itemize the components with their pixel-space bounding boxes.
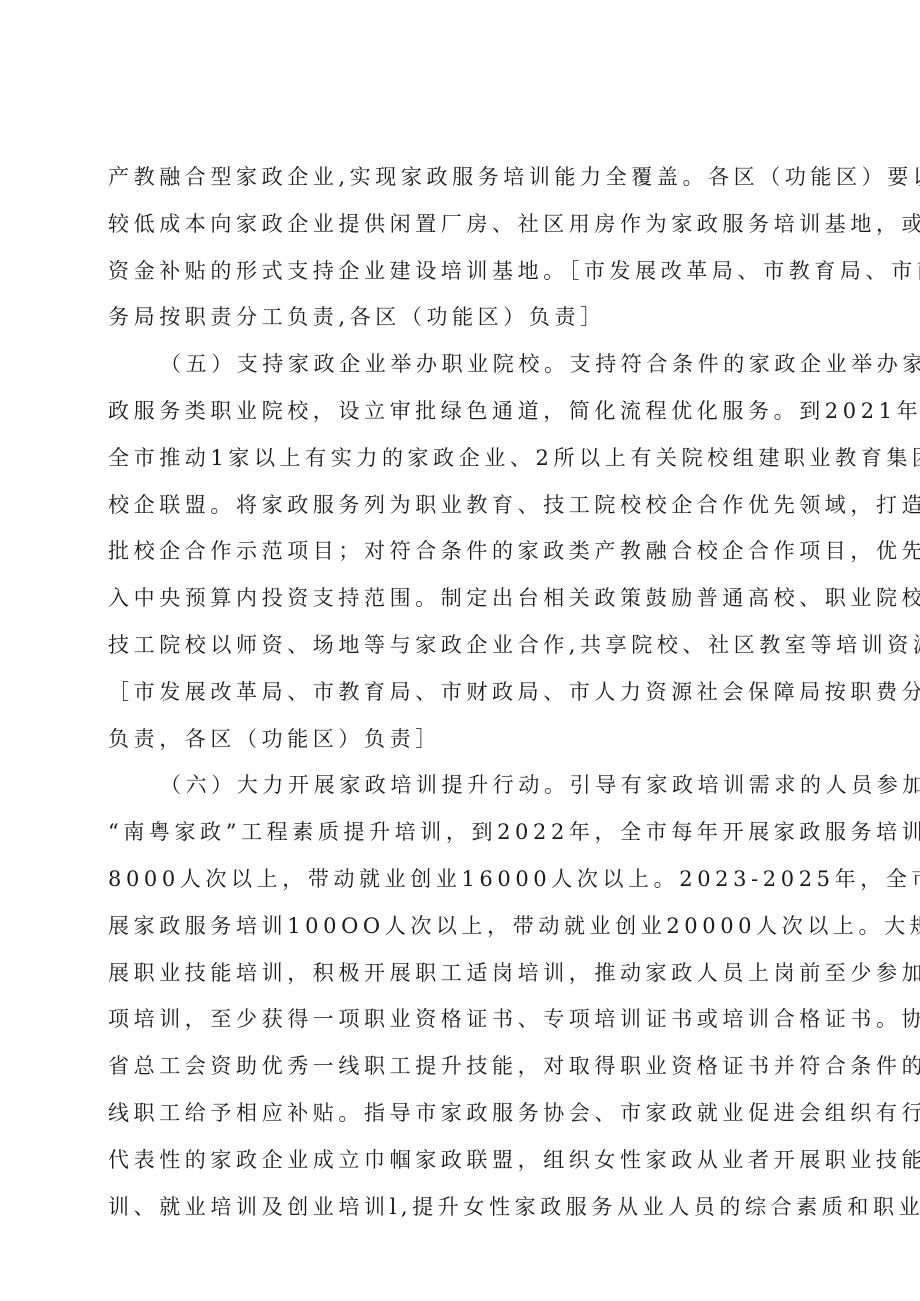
section-five-heading-line: （五）支持家政企业举办职业院校。支持符合条件的家政企业举办家 (108, 341, 820, 388)
paragraph-line: “南粤家政”工程素质提升培训，到2022年，全市每年开展家政服务培训 (108, 809, 820, 856)
paragraph-line: 产教融合型家政企业,实现家政服务培训能力全覆盖。各区（功能区）要以 (108, 154, 820, 201)
paragraph-line: 省总工会资助优秀一线职工提升技能，对取得职业资格证书并符合条件的一 (108, 1043, 820, 1090)
paragraph-line: 展家政服务培训100OO人次以上，带动就业创业20000人次以上。大规模开 (108, 903, 820, 950)
paragraph-line: 校企联盟。将家政服务列为职业教育、技工院校校企合作优先领域，打造一 (108, 482, 820, 529)
paragraph-line: 批校企合作示范项目；对符合条件的家政类产教融合校企合作项目，优先纳 (108, 528, 820, 575)
paragraph-line: 全市推动1家以上有实力的家政企业、2所以上有关院校组建职业教育集团或 (108, 435, 820, 482)
section-six-heading-line: （六）大力开展家政培训提升行动。引导有家政培训需求的人员参加 (108, 762, 820, 809)
paragraph-line: 负责，各区（功能区）负责］ (108, 716, 820, 763)
paragraph-line: 代表性的家政企业成立巾帼家政联盟，组织女性家政从业者开展职业技能培 (108, 1137, 820, 1184)
paragraph-line: 资金补贴的形式支持企业建设培训基地。［市发展改革局、市教育局、市商 (108, 248, 820, 295)
paragraph-line: 入中央预算内投资支持范围。制定出台相关政策鼓励普通高校、职业院校、 (108, 575, 820, 622)
paragraph-line: 线职工给予相应补贴。指导市家政服务协会、市家政就业促进会组织有行业 (108, 1090, 820, 1137)
paragraph-line: 技工院校以师资、场地等与家政企业合作,共享院校、社区教室等培训资源。 (108, 622, 820, 669)
paragraph-line: 8000人次以上，带动就业创业16000人次以上。2023-2025年，全市每年… (108, 856, 820, 903)
paragraph-line: 务局按职责分工负责,各区（功能区）负责］ (108, 294, 820, 341)
paragraph-line: ［市发展改革局、市教育局、市财政局、市人力资源社会保障局按职费分工 (108, 669, 820, 716)
paragraph-line: 较低成本向家政企业提供闲置厂房、社区用房作为家政服务培训基地，或以 (108, 201, 820, 248)
paragraph-line: 政服务类职业院校，设立审批绿色通道，简化流程优化服务。到2021年， (108, 388, 820, 435)
paragraph-line: 项培训，至少获得一项职业资格证书、专项培训证书或培训合格证书。协调 (108, 996, 820, 1043)
document-page: 产教融合型家政企业,实现家政服务培训能力全覆盖。各区（功能区）要以 较低成本向家… (108, 154, 820, 1230)
paragraph-line: 展职业技能培训，积极开展职工适岗培训，推动家政人员上岗前至少参加一 (108, 950, 820, 997)
paragraph-line: 训、就业培训及创业培训l,提升女性家政服务从业人员的综合素质和职业技 (108, 1184, 820, 1231)
